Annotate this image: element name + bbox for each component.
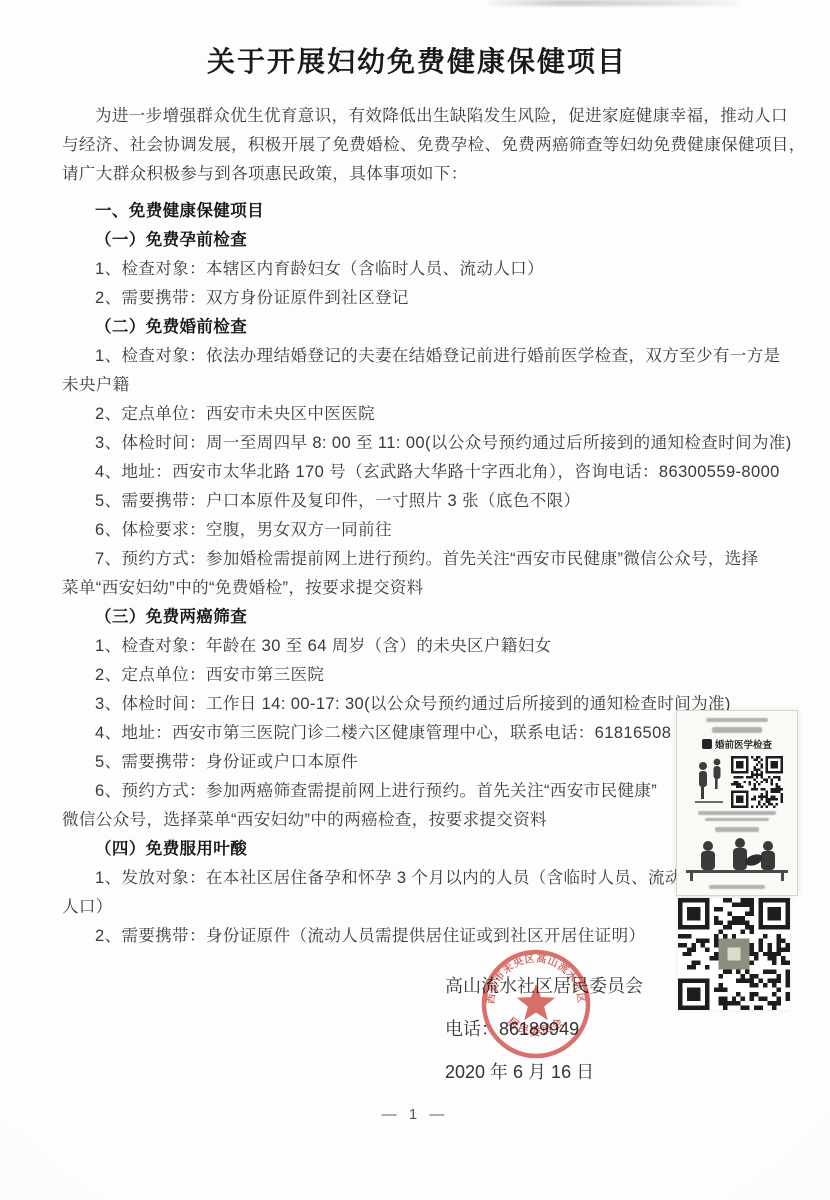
- poster-scan-hint-text: [715, 827, 759, 832]
- list-item-line: 6、预约方式：参加两癌筛查需提前网上进行预约。首先关注“西安市民健康”: [62, 777, 772, 806]
- list-item-line: 人口）: [62, 893, 772, 922]
- official-seal: 西安市未央区高山流水社区 居民委员会: [478, 946, 594, 1062]
- seal-bottom-text: 居民委员会: [505, 1014, 568, 1038]
- svg-text:居民委员会: 居民委员会: [505, 1014, 568, 1038]
- poster-small-text: [712, 727, 762, 733]
- list-item-line: 2、定点单位：西安市未央区中医医院: [62, 400, 772, 429]
- section-heading: 一、免费健康保健项目: [62, 197, 772, 226]
- qr-code: [678, 898, 790, 1010]
- poster-small-text: [705, 818, 769, 822]
- poster-small-text: [706, 718, 768, 722]
- list-item-line: 4、地址：西安市第三医院门诊二楼六区健康管理中心，联系电话：61816508: [62, 719, 772, 748]
- list-item-line: 6、体检要求：空腹，男女双方一同前往: [62, 516, 772, 545]
- list-item-line: 1、检查对象：依法办理结婚登记的夫妻在结婚登记前进行婚前医学检查，双方至少有一方…: [62, 342, 772, 371]
- intro-line: 与经济、社会协调发展，积极开展了免费婚检、免费孕检、免费两癌筛查等妇幼免费健康保…: [62, 131, 772, 160]
- poster-card: 婚前医学检查: [676, 710, 798, 896]
- list-item-line: 2、需要携带：身份证原件（流动人员需提供居住证或到社区开居住证明）: [62, 922, 772, 951]
- section-heading: （二）免费婚前检查: [62, 313, 772, 342]
- page-title-text: 关于开展妇幼免费健康保健项目: [207, 46, 627, 77]
- list-item-line: 1、检查对象：本辖区内育龄妇女（含临时人员、流动人口）: [62, 255, 772, 284]
- document-body: 关于开展妇幼免费健康保健项目 为进一步增强群众优生优育意识，有效降低出生缺陷发生…: [0, 0, 830, 1200]
- list-item-line: 4、地址：西安市太华北路 170 号（玄武路大华路十字西北角），咨询电话：863…: [62, 458, 772, 487]
- seal-star-icon: [517, 984, 555, 1020]
- intro-line: 请广大群众积极参与到各项惠民政策，具体事项如下：: [62, 160, 772, 189]
- list-item-line: 微信公众号，选择菜单“西安妇幼”中的两癌检查，按要求提交资料: [62, 806, 772, 835]
- poster-figures-icon: [691, 756, 727, 808]
- poster-small-text: [698, 811, 776, 815]
- list-item-line: 1、发放对象：在本社区居住备孕和怀孕 3 个月以内的人员（含临时人员、流动: [62, 864, 772, 893]
- section-heading: （一）免费孕前检查: [62, 226, 772, 255]
- list-item-line: 5、需要携带：户口本原件及复印件，一寸照片 3 张（底色不限）: [62, 487, 772, 516]
- poster-small-text: [709, 885, 765, 889]
- page-number: — 1 —: [0, 1106, 830, 1123]
- list-item-line: 菜单“西安妇幼”中的“免费婚检”，按要求提交资料: [62, 574, 772, 603]
- section-heading: （四）免费服用叶酸: [62, 835, 772, 864]
- document-page: 关于开展妇幼免费健康保健项目 为进一步增强群众优生优育意识，有效降低出生缺陷发生…: [0, 0, 830, 1200]
- intro-line: 为进一步增强群众优生优育意识，有效降低出生缺陷发生风险，促进家庭健康幸福，推动人…: [62, 102, 772, 131]
- list-item-line: 1、检查对象：年龄在 30 至 64 周岁（含）的未央区户籍妇女: [62, 632, 772, 661]
- poster-qr-code: [731, 756, 783, 808]
- list-item-line: 2、定点单位：西安市第三医院: [62, 661, 772, 690]
- list-item-line: 3、体检时间：周一至周四早 8: 00 至 11: 00(以公众号预约通过后所接…: [62, 429, 772, 458]
- poster-title: 婚前医学检查: [715, 737, 772, 751]
- list-item-line: 5、需要携带：身份证或户口本原件: [62, 748, 772, 777]
- poster-logo-icon: [702, 739, 712, 749]
- page-title: 关于开展妇幼免费健康保健项目: [62, 42, 772, 82]
- poster-people-illustration: [684, 836, 790, 882]
- section-heading: （三）免费两癌筛查: [62, 603, 772, 632]
- list-item-line: 3、体检时间：工作日 14: 00-17: 30(以公众号预约通过后所接到的通知…: [62, 690, 772, 719]
- list-item-line: 2、需要携带：双方身份证原件到社区登记: [62, 284, 772, 313]
- list-item-line: 未央户籍: [62, 371, 772, 400]
- list-item-line: 7、预约方式：参加婚检需提前网上进行预约。首先关注“西安市民健康”微信公众号，选…: [62, 545, 772, 574]
